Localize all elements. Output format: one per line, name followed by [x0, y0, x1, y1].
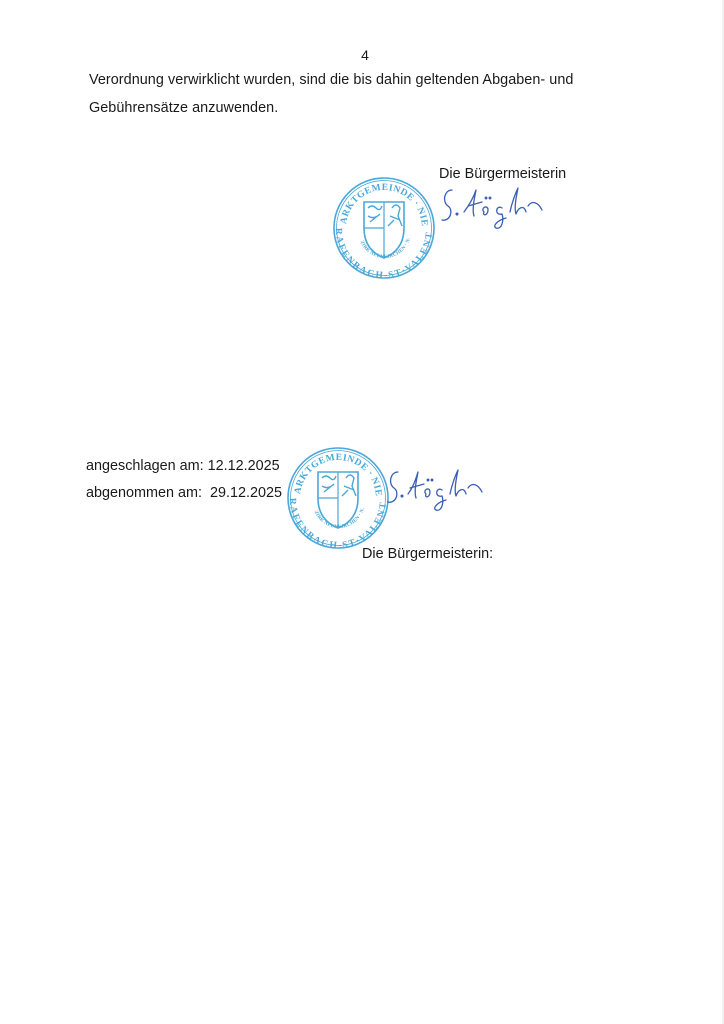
body-text-line-1: Verordnung verwirklicht wurden, sind die…: [89, 72, 573, 88]
mayor-title-2: Die Bürgermeisterin:: [362, 546, 493, 562]
municipal-seal-icon: MARKTGEMEINDE · NIED GRAFENBACH-ST·VALEN…: [286, 446, 390, 550]
page-number: 4: [0, 47, 724, 63]
municipal-seal-icon: MARKTGEMEINDE · NIED GRAFENBACH-ST·VALEN…: [332, 176, 436, 280]
mayor-signature-2: [386, 466, 490, 518]
removed-date-line: abgenommen am: 29.12.2025: [86, 485, 282, 501]
mayor-title-1: Die Bürgermeisterin: [439, 166, 566, 182]
posted-date-line: angeschlagen am: 12.12.2025: [86, 458, 280, 474]
mayor-signature-1: [438, 182, 558, 234]
body-text-line-2: Gebührensätze anzuwenden.: [89, 100, 278, 116]
